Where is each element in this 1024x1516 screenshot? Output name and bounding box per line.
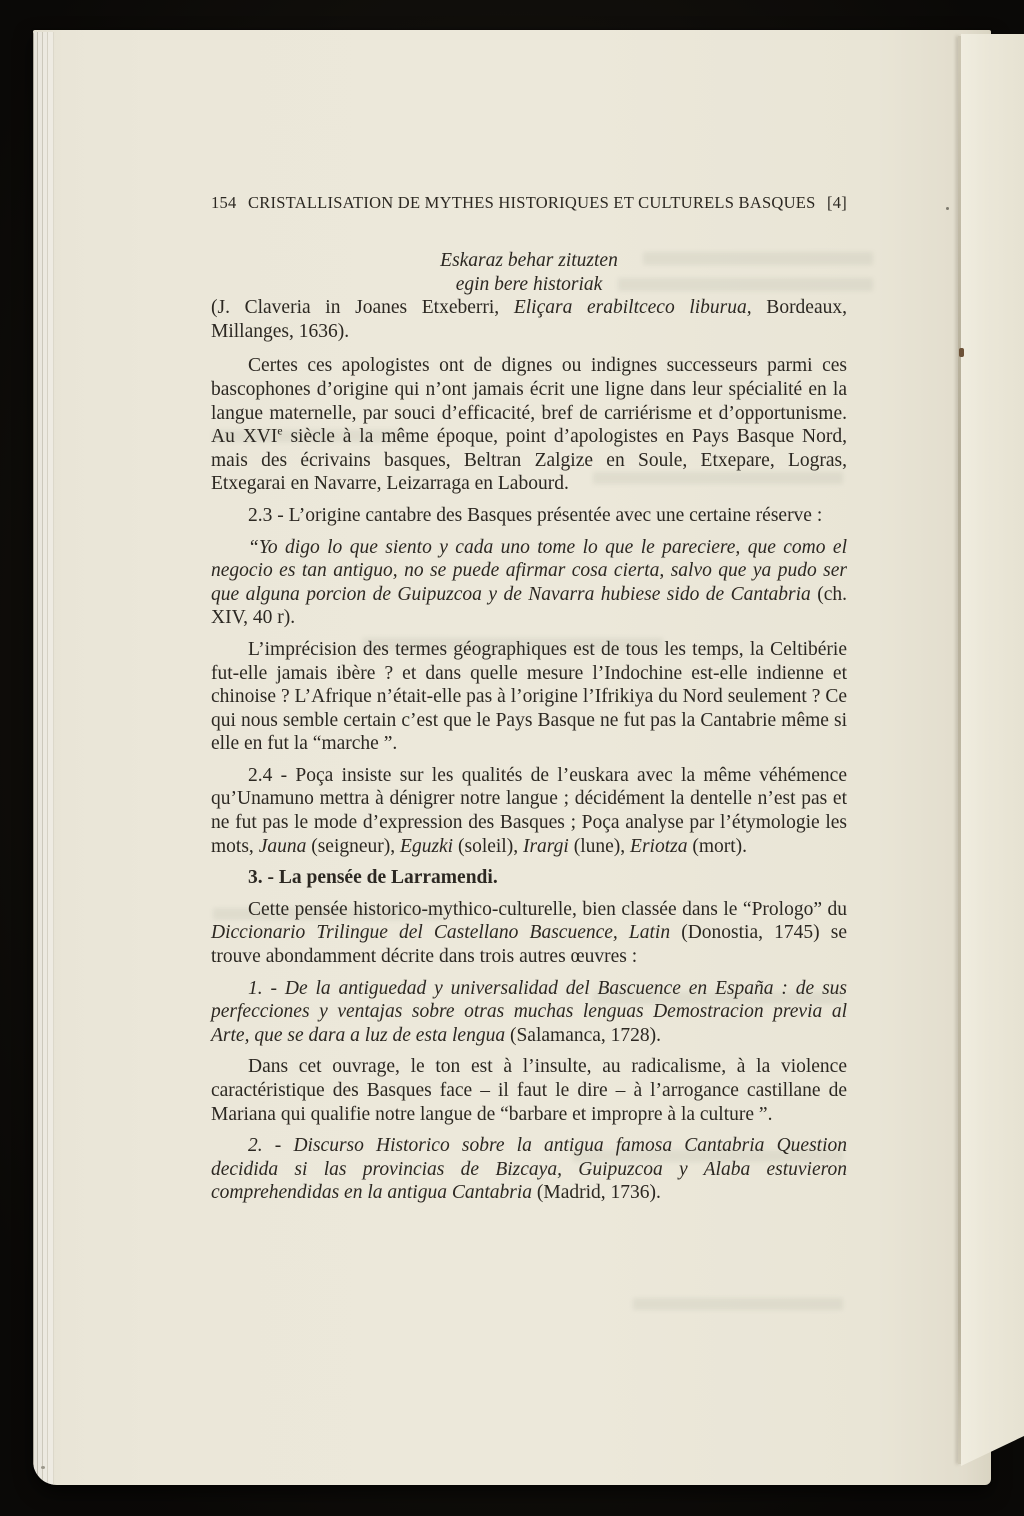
section-marker: [4] [827, 193, 847, 213]
paragraph-apologistes: Certes ces apologistes ont de dignes ou … [211, 354, 847, 496]
epigraph-line-1: Eskaraz behar zituzten [211, 249, 847, 273]
paragraph-2-3-origine-cantabre: 2.3 - L’origine cantabre des Basques pré… [211, 504, 847, 528]
epigraph-attribution: (J. Claveria in Joanes Etxeberri, Eliçar… [211, 296, 847, 343]
scan-speck [946, 207, 949, 210]
page-number: 154 [211, 193, 237, 213]
running-header: 154 CRISTALLISATION DE MYTHES HISTORIQUE… [211, 193, 847, 213]
paragraph-dans-cet-ouvrage: Dans cet ouvrage, le ton est à l’insulte… [211, 1055, 847, 1126]
running-title: CRISTALLISATION DE MYTHES HISTORIQUES ET… [237, 193, 828, 213]
section-heading-pensee-larramendi: 3. - La pensée de Larramendi. [211, 866, 847, 890]
quote-yo-digo: “Yo digo lo que siento y cada uno tome l… [211, 536, 847, 630]
epigraph-line-2: egin bere historiak [211, 273, 847, 297]
text-column: 154 CRISTALLISATION DE MYTHES HISTORIQUE… [211, 193, 847, 1205]
paragraph-imprecision-geographique: L’imprécision des termes géographiques e… [211, 638, 847, 756]
list-item-1-de-la-antiguedad: 1. - De la antiguedad y universalidad de… [211, 977, 847, 1048]
show-through-ghost [633, 1298, 843, 1310]
page-edge-stack [33, 32, 57, 1485]
paragraph-2-4-poca: 2.4 - Poça insiste sur les qualités de l… [211, 764, 847, 858]
list-item-2-discurso-historico: 2. - Discurso Historico sobre la antigua… [211, 1134, 847, 1205]
scan-speck [41, 1466, 45, 1469]
scan-speck [959, 348, 964, 357]
book-gutter-crease [958, 36, 961, 1464]
epigraph-verse: Eskaraz behar zituzten egin bere histori… [211, 249, 847, 296]
paragraph-cette-pensee: Cette pensée historico-mythico-culturell… [211, 898, 847, 969]
book-page: 154 CRISTALLISATION DE MYTHES HISTORIQUE… [33, 30, 991, 1485]
facing-page-edge [961, 34, 1024, 1466]
